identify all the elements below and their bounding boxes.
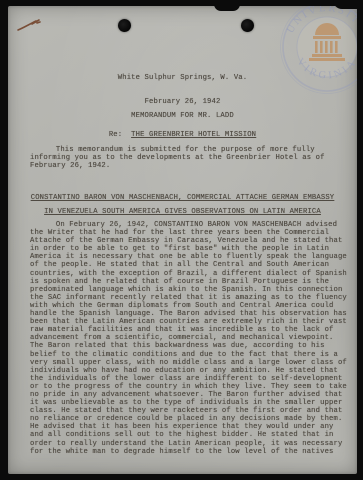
memo-title: MEMORANDUM FOR MR. LADD [8, 112, 357, 120]
scan-tear-top-right [333, 0, 363, 9]
scanned-document: UNIVERSITY VIRGINIA White Sulphur Spring… [0, 0, 363, 480]
re-label: Re: [109, 131, 122, 139]
scan-tear-top [214, 0, 240, 11]
punch-hole-left [118, 19, 131, 32]
dateline-date: February 26, 1942 [8, 98, 357, 106]
punch-hole-right [241, 19, 254, 32]
pen-mark [16, 16, 48, 34]
re-subject: THE GREENBRIER HOTEL MISSION [131, 131, 256, 139]
caption-line-1: CONSTANTINO BARON VON MASCHENBACH, COMME… [8, 194, 357, 202]
caption-line-2: IN VENEZUELA SOUTH AMERICA GIVES OBSERVA… [8, 208, 357, 216]
re-line: Re: THE GREENBRIER HOTEL MISSION [8, 131, 357, 139]
dateline-city: White Sulphur Springs, W. Va. [8, 74, 357, 82]
document-page: UNIVERSITY VIRGINIA White Sulphur Spring… [8, 6, 357, 474]
body-paragraph: On February 26, 1942, CONSTANTINO BARON … [30, 221, 350, 456]
intro-paragraph: This memorandum is submitted for the pur… [30, 146, 350, 170]
